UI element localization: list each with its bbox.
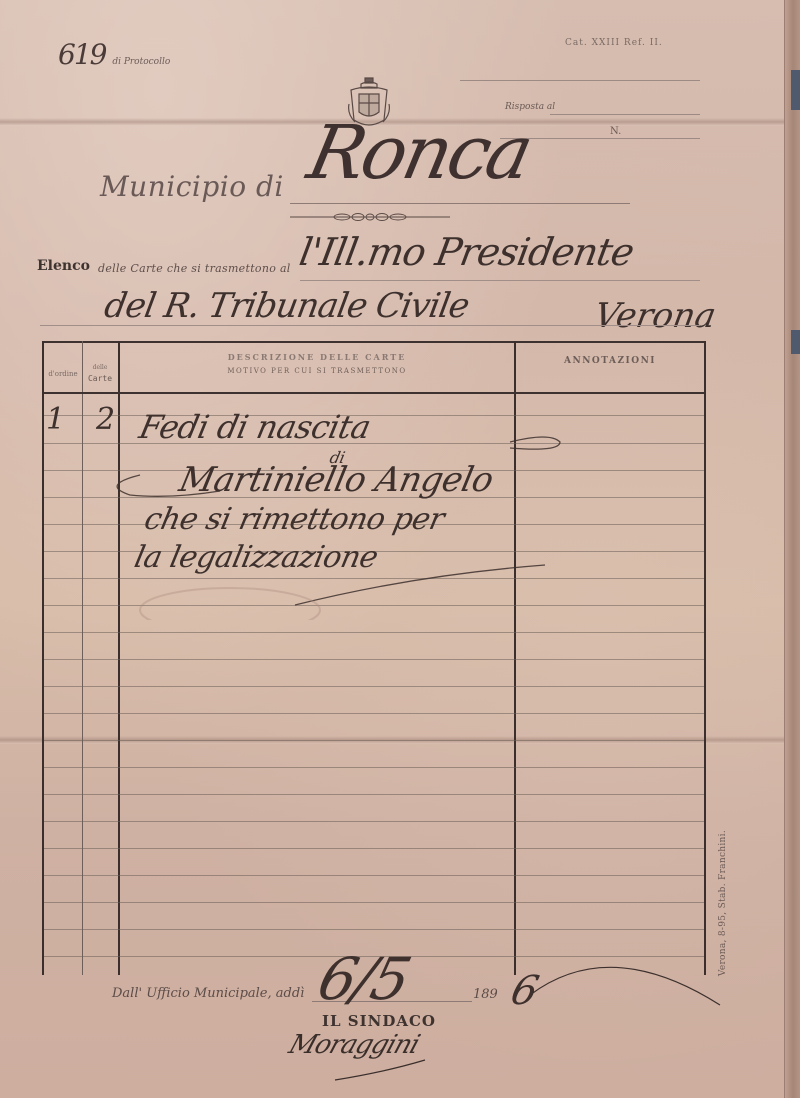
- row-rule: [44, 632, 704, 633]
- handwriting-flourish-icon: [100, 420, 580, 620]
- row-rule: [44, 875, 704, 876]
- column-header-carte-prefix: delle: [82, 364, 118, 371]
- table-header-rule: [44, 392, 704, 394]
- row-rule: [44, 713, 704, 714]
- office-title: IL SINDACO: [322, 1012, 436, 1030]
- elenco-text: delle Carte che si trasmettono al: [98, 262, 291, 275]
- divider: [460, 80, 700, 81]
- row-rule: [44, 686, 704, 687]
- row-rule: [44, 929, 704, 930]
- risposta-field-line: [550, 114, 700, 115]
- row-rule: [44, 821, 704, 822]
- municipio-label: Municipio di: [100, 170, 284, 203]
- row-rule: [44, 659, 704, 660]
- recipient-line-2: del R. Tribunale Civile: [101, 286, 471, 326]
- elenco-label: Elenco: [37, 258, 90, 274]
- table-border-left: [42, 341, 44, 975]
- year-flourish-icon: [520, 955, 730, 1015]
- recipient-city: Verona: [591, 296, 719, 336]
- row-rule: [44, 848, 704, 849]
- municipio-field-line: [290, 203, 630, 204]
- category-reference: Cat. XXIII Ref. II.: [565, 38, 663, 48]
- recipient-field-line: [300, 280, 700, 281]
- protocol-label: di Protocollo: [112, 57, 170, 67]
- recipient-field-line: [40, 325, 700, 326]
- row-rule: [44, 794, 704, 795]
- column-divider: [82, 341, 83, 975]
- table-border-right: [704, 341, 706, 975]
- ornament-divider-icon: [290, 212, 450, 222]
- document-page: 619 di Protocollo Cat. XXIII Ref. II. Ri…: [0, 0, 800, 1098]
- column-header-ordine: d'ordine: [44, 370, 82, 378]
- year-prefix: 189: [473, 987, 498, 1002]
- recipient-line-1: l'Ill.mo Presidente: [296, 230, 637, 274]
- row-rule: [44, 740, 704, 741]
- signature-underline-icon: [330, 1055, 430, 1085]
- backing-edge: [791, 70, 800, 110]
- footer-place-label: Dall' Ufficio Municipale, addì: [112, 986, 304, 1001]
- row-rule: [44, 902, 704, 903]
- column-header-description: DESCRIZIONE DELLE CARTE: [120, 352, 514, 362]
- numero-label: N.: [610, 126, 621, 137]
- row-ordine-value: 1: [46, 402, 65, 437]
- column-header-description-subtitle: MOTIVO PER CUI SI TRASMETTONO: [120, 367, 514, 375]
- date-day-handwritten: 6/5: [312, 945, 416, 1013]
- column-header-carte: Carte: [82, 374, 118, 383]
- backing-edge: [791, 330, 800, 354]
- row-rule: [44, 767, 704, 768]
- municipio-name-handwritten: Ronca: [301, 110, 538, 196]
- column-header-annotations: ANNOTAZIONI: [516, 356, 704, 366]
- paper-edge: [784, 0, 800, 1098]
- protocol-number: 619 di Protocollo: [58, 38, 170, 71]
- protocol-number-handwritten: 619: [58, 38, 105, 71]
